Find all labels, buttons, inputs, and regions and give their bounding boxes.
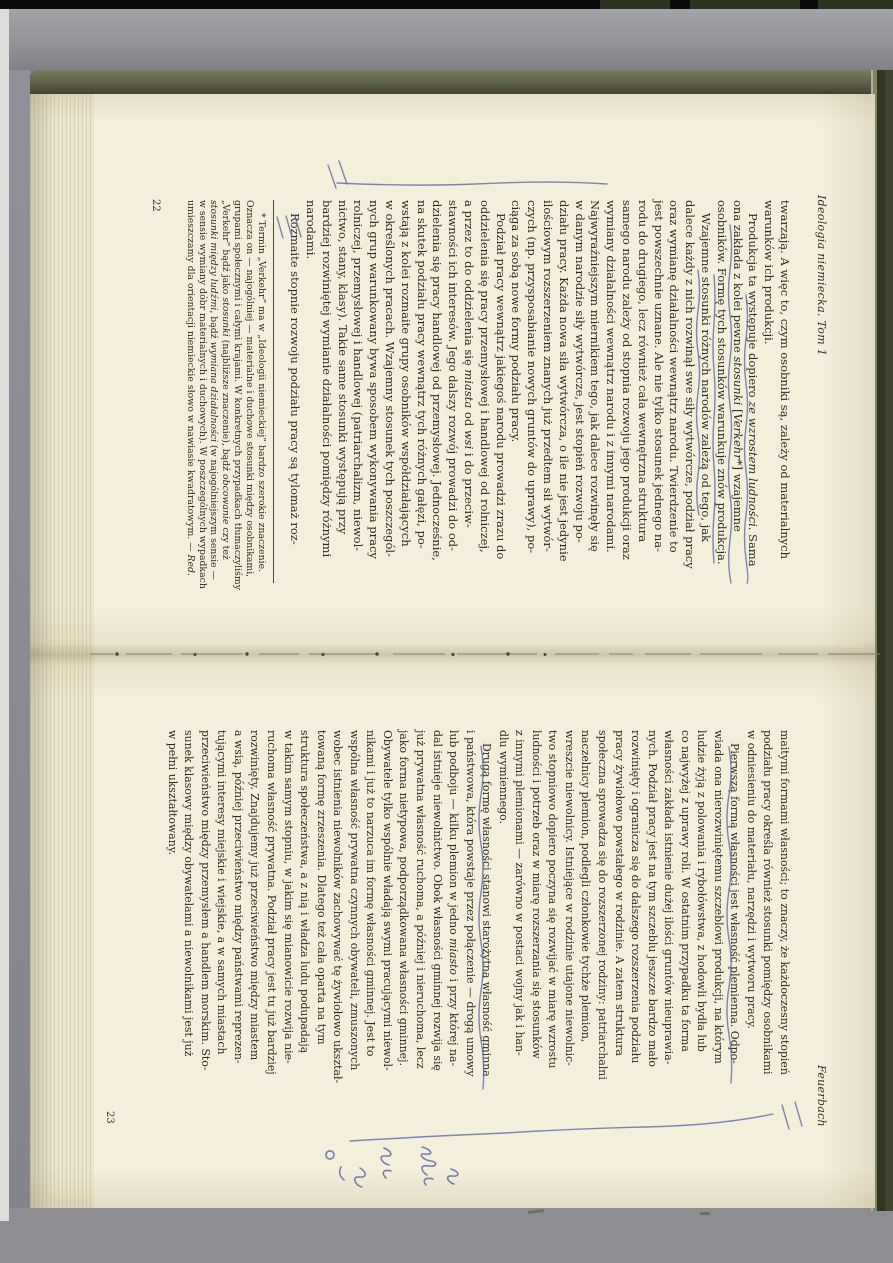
edge-smudge	[700, 1212, 710, 1215]
page-22: Ideologia niemiecka. Tom 1 22 twarzają. …	[95, 75, 875, 645]
pen-annotations-page-22	[95, 75, 875, 645]
pen-underline	[729, 225, 732, 583]
pen-underline	[727, 747, 732, 1083]
handwriting-note	[448, 1169, 458, 1184]
handwriting-note	[421, 1147, 435, 1185]
handwriting-note	[381, 1148, 391, 1178]
handwriting-note	[326, 1151, 344, 1180]
margin-slash-marks	[782, 1102, 802, 1129]
page-fore-edges	[30, 94, 96, 1208]
pen-underline	[713, 275, 715, 563]
margin-pen-line	[337, 182, 607, 185]
scanner-background-left	[9, 70, 30, 1208]
scan-edge-strip	[0, 9, 9, 1221]
pen-underline	[697, 270, 700, 515]
pen-underline	[745, 295, 748, 583]
pen-underline	[479, 746, 484, 1089]
scanner-background	[0, 9, 893, 72]
margin-slash-marks	[277, 216, 301, 238]
handwriting-note	[355, 1168, 365, 1187]
page-23: Feuerbach 23 maitymi formami własności; …	[95, 650, 875, 1205]
scanned-book-photo: Ideologia niemiecka. Tom 1 22 twarzają. …	[0, 0, 893, 1263]
pen-annotations-page-23	[95, 650, 875, 1205]
margin-pen-line	[350, 1114, 773, 1141]
edge-smudge	[528, 1209, 544, 1214]
